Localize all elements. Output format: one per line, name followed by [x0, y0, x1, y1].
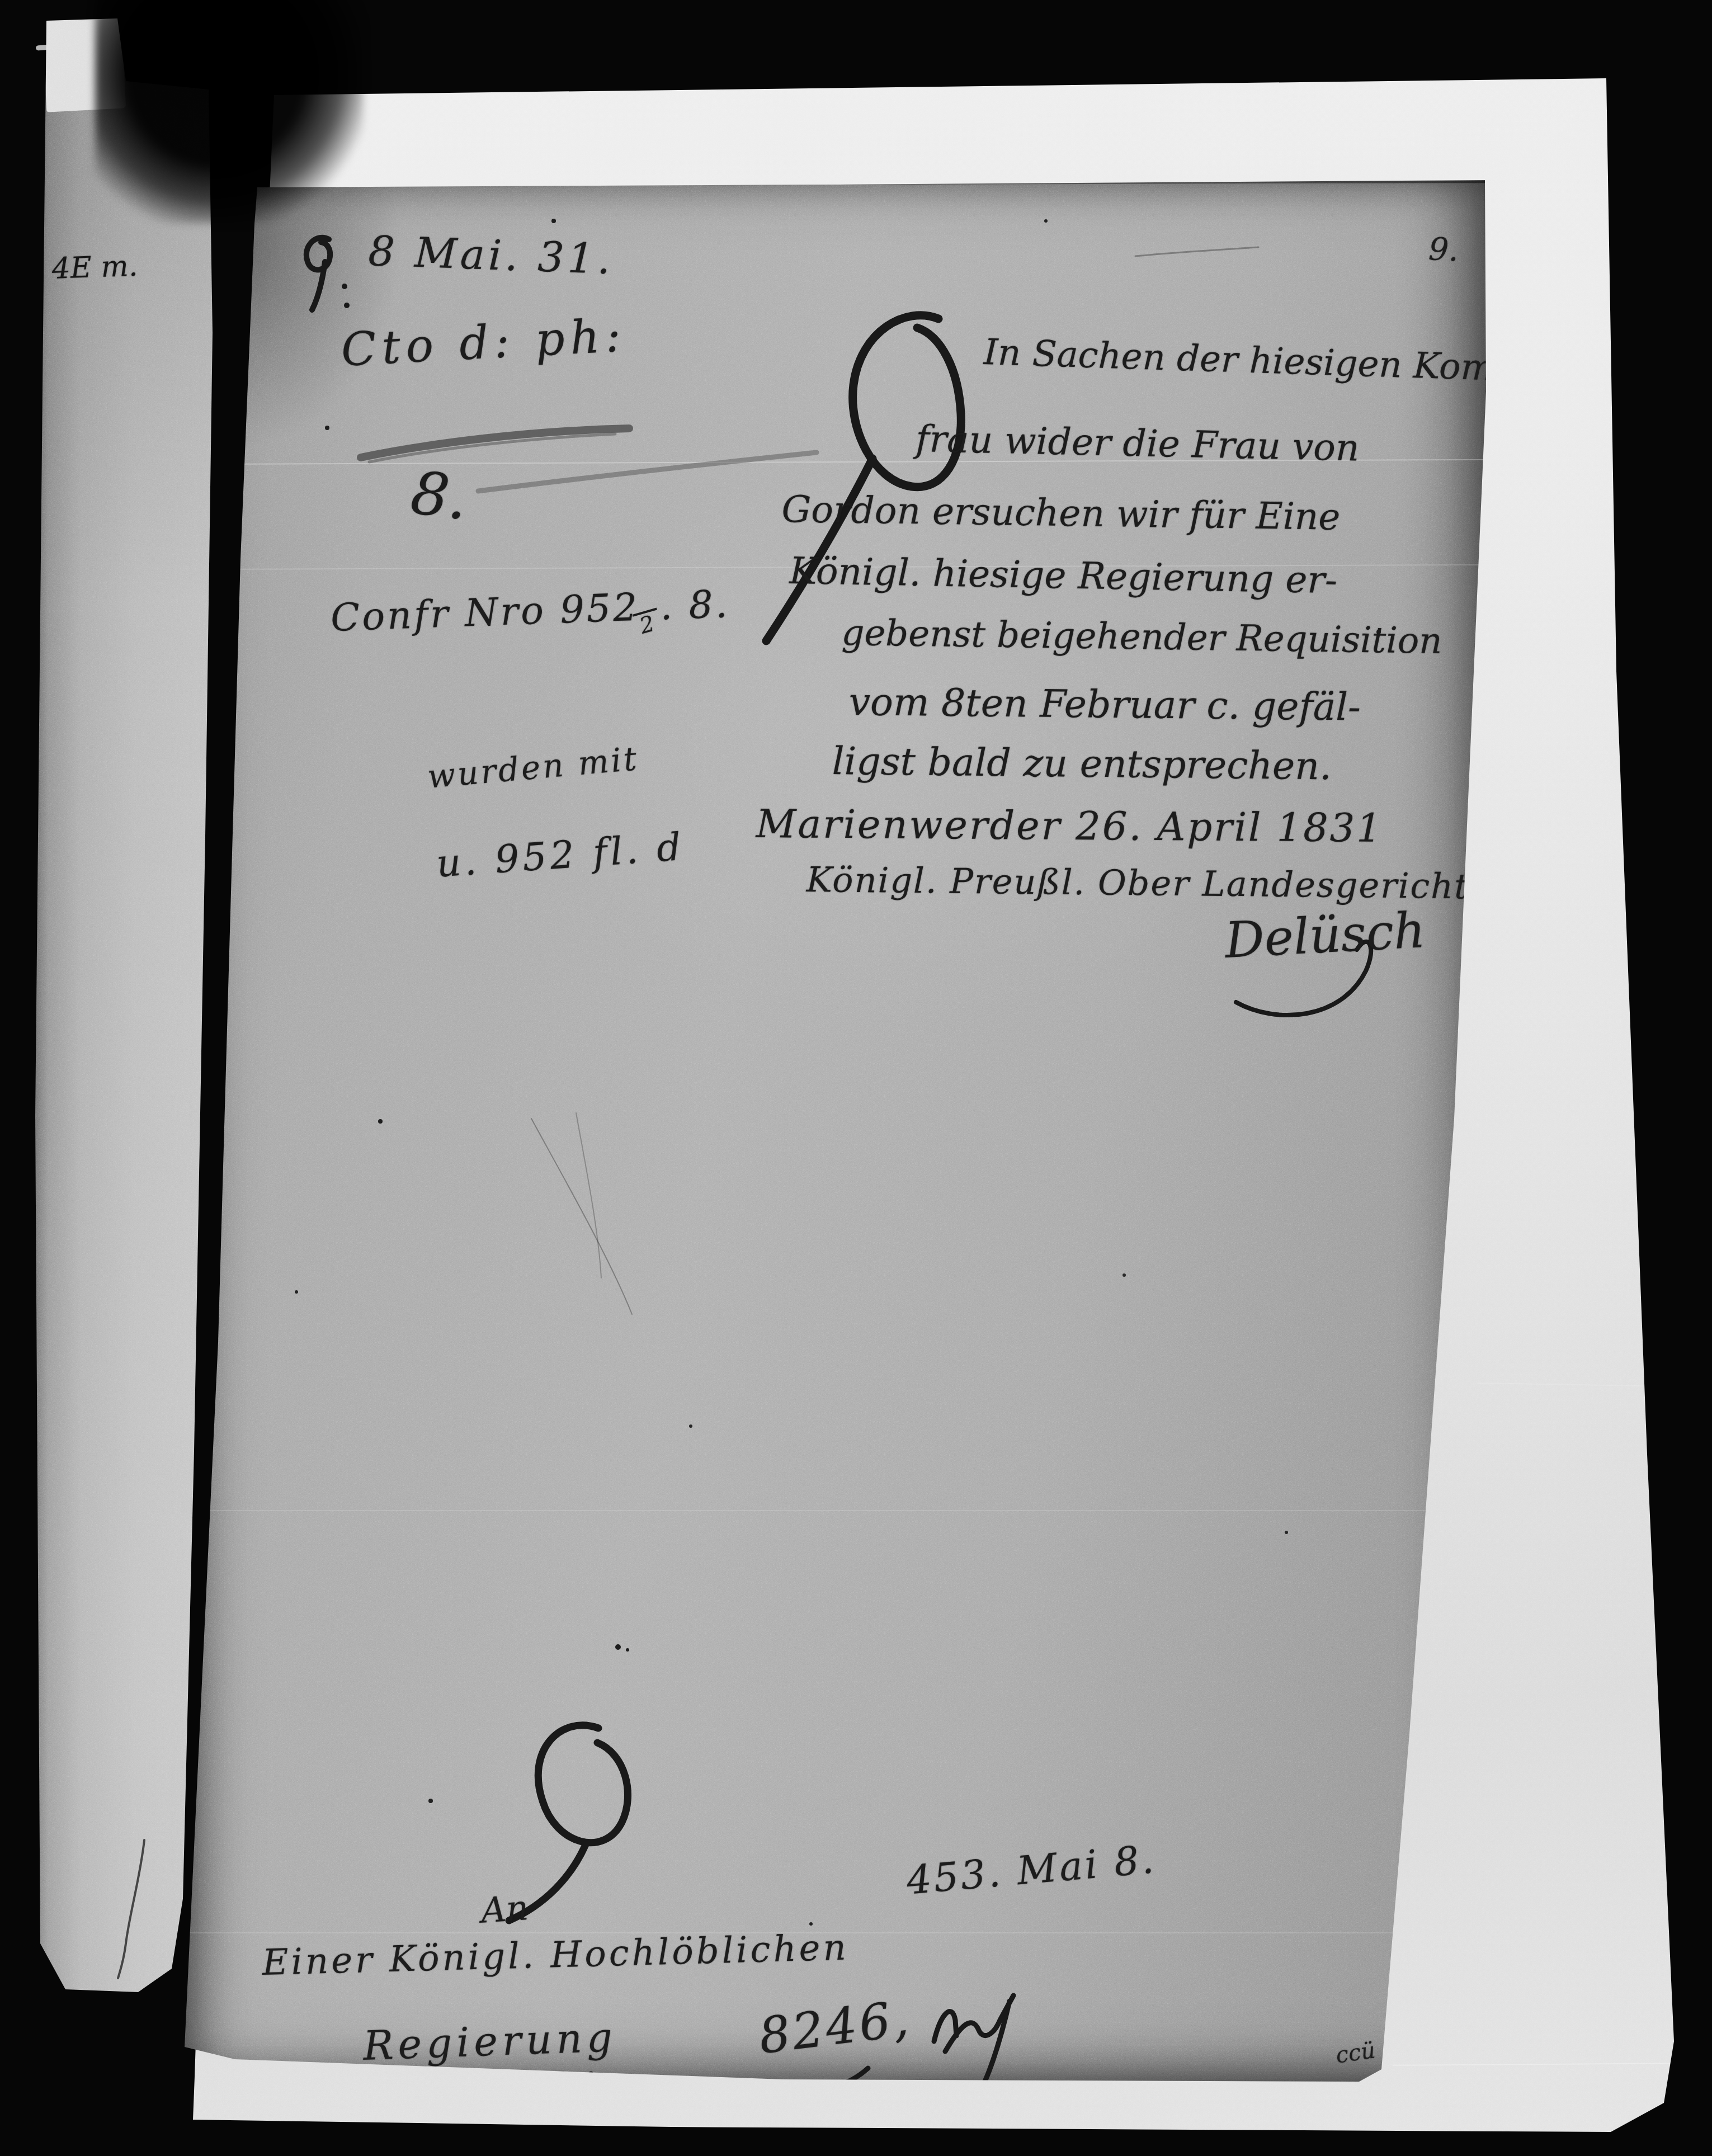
corner-initials: ccü [1334, 2039, 1376, 2067]
address-salutation: An [480, 1890, 530, 1928]
body-line: Gordon ersuchen wir für Eine [781, 491, 1341, 536]
body-line: Königl. hiesige Regierung er- [789, 553, 1338, 599]
registry-note-suffix: . 8. [659, 582, 730, 629]
signature: Delüsch [1224, 905, 1427, 965]
binding-shadow [95, 0, 364, 224]
paper-crease [1393, 2063, 1675, 2066]
presentation-date-note: 8 Mai. 31. [367, 230, 614, 280]
issuing-court: Königl. Preußl. Ober Landesgericht [806, 862, 1469, 904]
previous-page-edge-strip: 4E m. [31, 14, 221, 1997]
body-line: gebenst beigehender Requisition [841, 615, 1442, 659]
main-document-page: 9. 8 Mai. 31. Cto d: ph: 8. Confr Nro 95… [185, 168, 1488, 2086]
cut-off-handwriting-fragment: 4E m. [51, 252, 138, 284]
body-line: vom 8ten Februar c. gefäl- [848, 683, 1361, 727]
dateline: Marienwerder 26. April 1831 [756, 804, 1384, 848]
body-line: ligst bald zu entsprechen. [832, 743, 1332, 786]
address-line: Regierung [362, 2017, 617, 2066]
strip-shading [31, 14, 221, 1997]
paper-crease [1477, 1383, 1675, 1387]
check-mark-8: 8. [408, 463, 471, 529]
body-line: frau wider die Frau von [916, 421, 1360, 467]
scanned-document-page: 4E m. [0, 0, 1712, 2156]
page-number: 9. [1428, 234, 1459, 267]
